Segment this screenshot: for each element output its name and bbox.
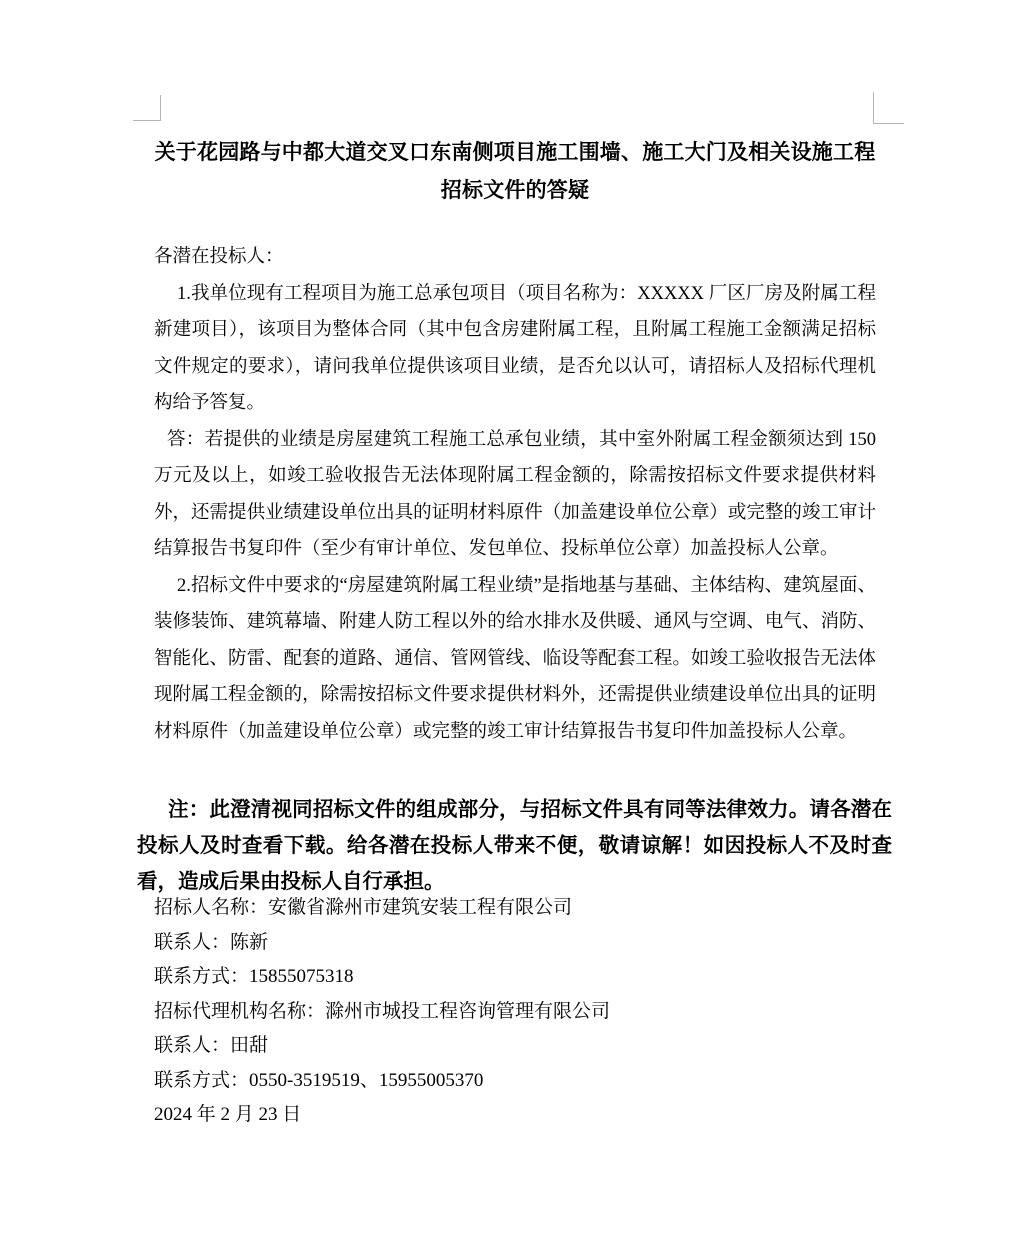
document-title-line-1: 关于花园路与中都大道交叉口东南侧项目施工围墙、施工大门及相关设施工程 <box>154 133 876 171</box>
legal-note-paragraph: 注：此澄清视同招标文件的组成部分，与招标文件具有同等法律效力。请各潜在投标人及时… <box>137 792 892 900</box>
crop-mark-top-right-icon <box>873 92 904 124</box>
tenderer-contact-phone-line: 联系方式：15855075318 <box>154 960 876 995</box>
contact-info-section: 招标人名称：安徽省滁州市建筑安装工程有限公司 联系人：陈新 联系方式：15855… <box>154 891 876 1133</box>
document-title-line-2: 招标文件的答疑 <box>154 171 876 209</box>
agency-contact-phone-line: 联系方式：0550-3519519、15955005370 <box>154 1064 876 1099</box>
document-page: 关于花园路与中都大道交叉口东南侧项目施工围墙、施工大门及相关设施工程 招标文件的… <box>0 0 1027 1260</box>
document-title: 关于花园路与中都大道交叉口东南侧项目施工围墙、施工大门及相关设施工程 招标文件的… <box>154 133 876 209</box>
agency-name-line: 招标代理机构名称：滁州市城投工程咨询管理有限公司 <box>154 995 876 1030</box>
agency-contact-person-line: 联系人：田甜 <box>154 1029 876 1064</box>
document-body: 各潜在投标人： 1.我单位现有工程项目为施工总承包项目（项目名称为：XXXXX … <box>154 239 876 750</box>
document-content: 关于花园路与中都大道交叉口东南侧项目施工围墙、施工大门及相关设施工程 招标文件的… <box>154 0 876 1133</box>
answer-1-paragraph: 答：若提供的业绩是房屋建筑工程施工总承包业绩，其中室外附属工程金额须达到 150… <box>154 422 876 568</box>
date-line: 2024 年 2 月 23 日 <box>154 1098 876 1133</box>
question-1-paragraph: 1.我单位现有工程项目为施工总承包项目（项目名称为：XXXXX 厂区厂房及附属工… <box>154 276 876 422</box>
salutation-line: 各潜在投标人： <box>154 239 876 276</box>
question-2-paragraph: 2.招标文件中要求的“房屋建筑附属工程业绩”是指地基与基础、主体结构、建筑屋面、… <box>154 568 876 751</box>
tenderer-contact-person-line: 联系人：陈新 <box>154 926 876 961</box>
tenderer-name-line: 招标人名称：安徽省滁州市建筑安装工程有限公司 <box>154 891 876 926</box>
